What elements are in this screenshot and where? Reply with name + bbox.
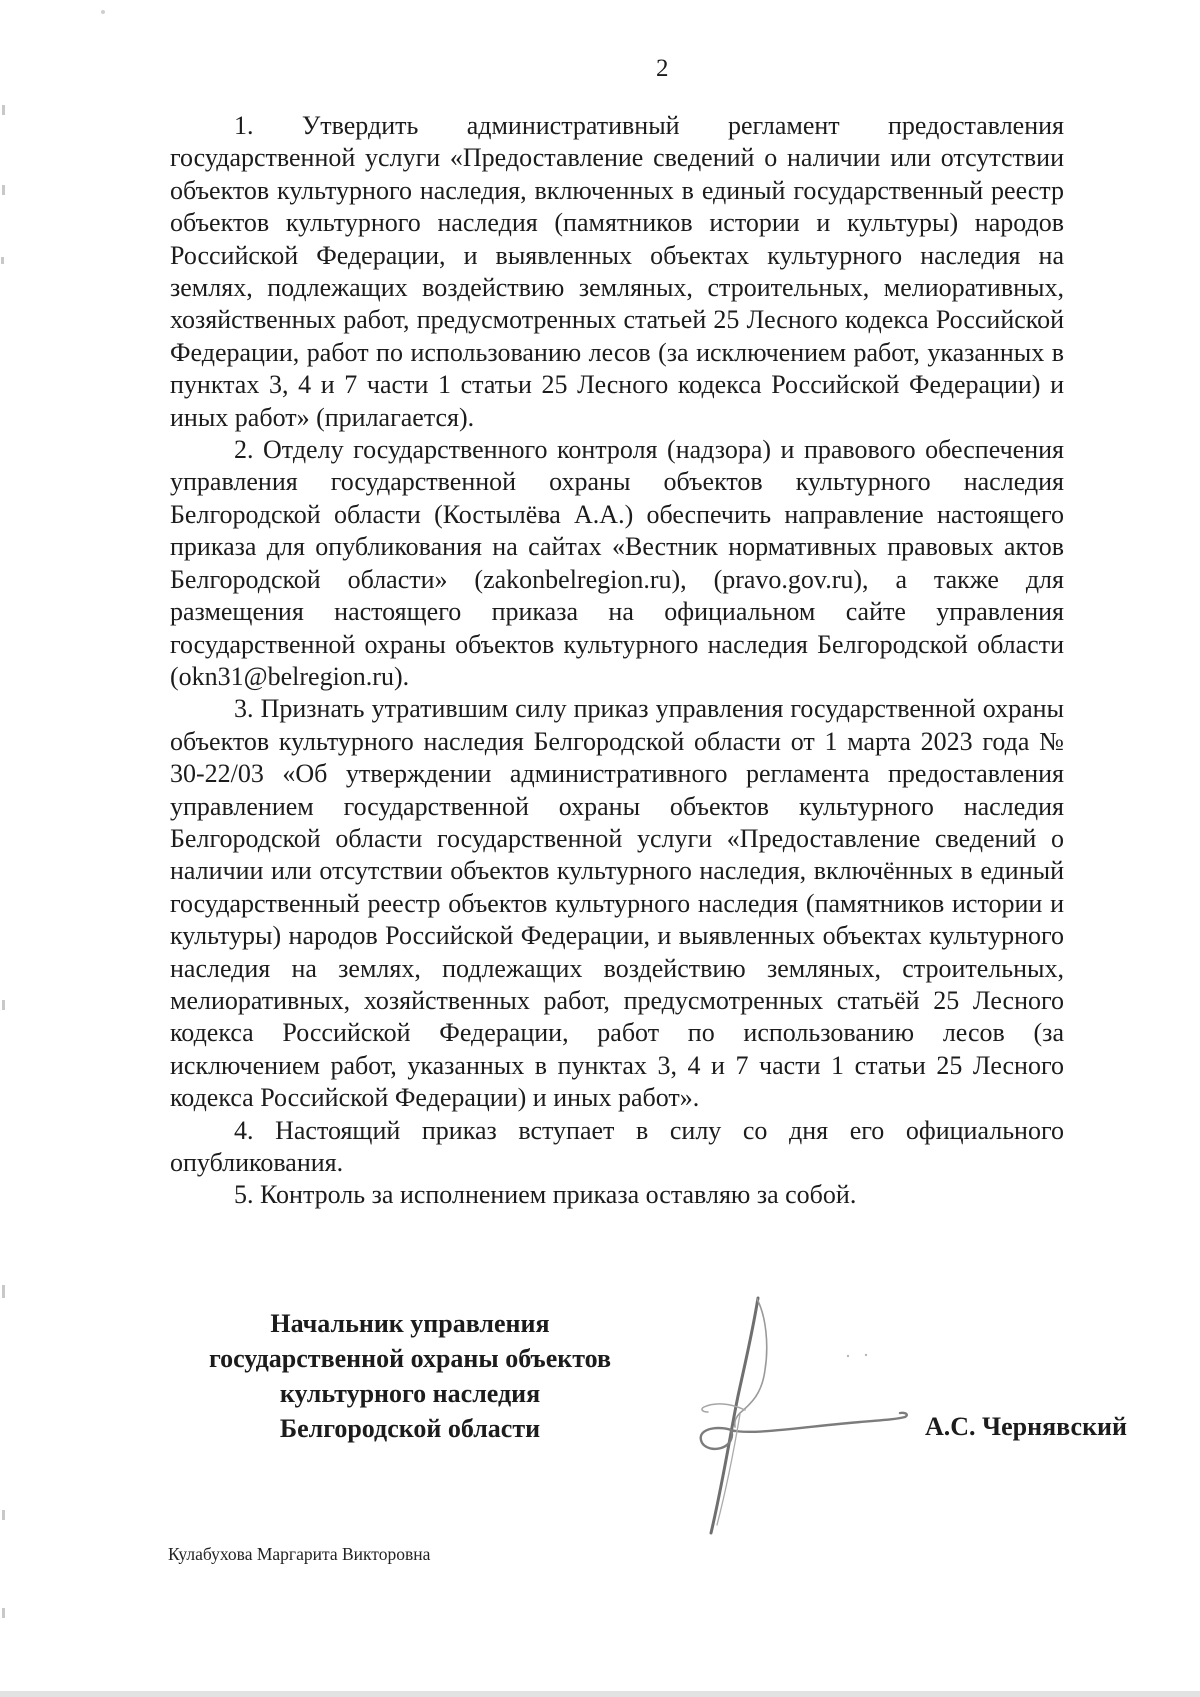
- order-item-2: 2. Отделу государственного контроля (над…: [170, 434, 1064, 693]
- signer-title-line-3: культурного наследия: [175, 1376, 645, 1411]
- scan-edge-shadow: [0, 1691, 1200, 1697]
- scan-artifact: [2, 1285, 5, 1298]
- scan-artifact: [2, 1608, 5, 1618]
- order-item-4: 4. Настоящий приказ вступает в силу со д…: [170, 1115, 1064, 1180]
- scan-artifact: [2, 1510, 5, 1520]
- order-item-3: 3. Признать утратившим силу приказ управ…: [170, 693, 1064, 1114]
- order-body-text: 1. Утвердить административный регламент …: [170, 110, 1064, 1212]
- order-item-5: 5. Контроль за исполнением приказа остав…: [170, 1179, 1064, 1211]
- scan-artifact: [1, 257, 4, 264]
- signer-title-line-4: Белгородской области: [175, 1411, 645, 1446]
- scan-artifact: [2, 105, 5, 115]
- document-page: 2 1. Утвердить административный регламен…: [0, 0, 1200, 1697]
- scan-speck: [101, 10, 105, 14]
- signer-title-line-1: Начальник управления: [175, 1306, 645, 1341]
- signer-title-line-2: государственной охраны объектов: [175, 1341, 645, 1376]
- signer-name: А.С. Чернявский: [925, 1412, 1127, 1442]
- scan-artifact: [2, 1000, 5, 1010]
- handwritten-signature-icon: [690, 1290, 920, 1540]
- page-number: 2: [656, 55, 669, 83]
- order-item-1: 1. Утвердить административный регламент …: [170, 110, 1064, 434]
- scan-artifact: [2, 185, 5, 195]
- signer-job-title: Начальник управления государственной охр…: [175, 1306, 645, 1446]
- executor-name: Кулабухова Маргарита Викторовна: [168, 1544, 430, 1565]
